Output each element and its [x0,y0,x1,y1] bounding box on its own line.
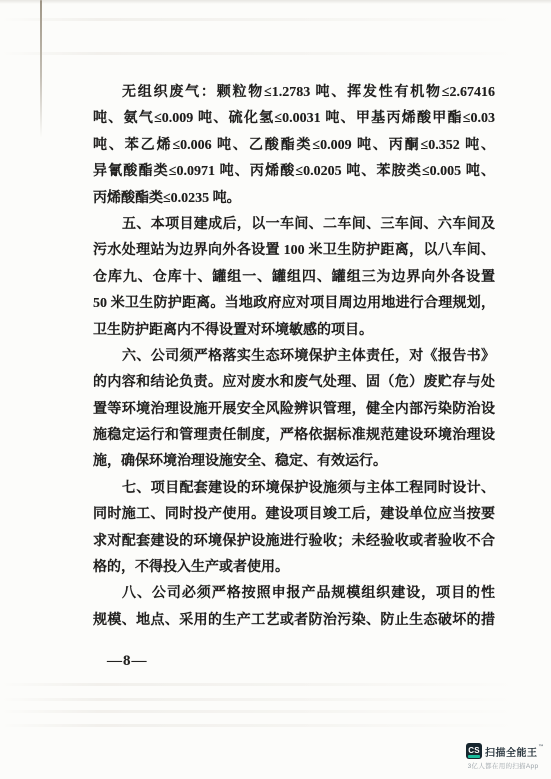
scan-streak [0,683,551,686]
text-line: 的内容和结论负责。应对废水和废气处理、固（危）废贮存与处 [93,370,495,396]
page-number: —8— [107,648,148,674]
document-body-text: 无组织废气：颗粒物≤1.2783 吨、挥发性有机物≤2.67416 吨、氨气≤0… [93,80,495,634]
scan-streak [0,698,551,701]
text-line: 规模、地点、采用的生产工艺或者防治污染、防止生态破坏的措 [93,608,495,634]
text-line: 吨、苯乙烯≤0.006 吨、乙酸酯类≤0.009 吨、丙酮≤0.352 吨、 [93,133,495,159]
text-line: 同时施工、同时投产使用。建设项目竣工后，建设单位应当按要 [93,502,495,528]
text-line: 50 米卫生防护距离。当地政府应对项目周边用地进行合理规划， [93,291,495,317]
text-line: 七、项目配套建设的环境保护设施须与主体工程同时设计、 [93,476,495,502]
camscanner-watermark: CS 扫描全能王™ 3亿人都在用的扫描App [466,743,540,770]
text-line: 求对配套建设的环境保护设施进行验收；未经验收或者验收不合 [93,529,495,555]
text-line: 六、公司须严格落实生态环境保护主体责任，对《报告书》 [93,344,495,370]
scanned-document-page: 无组织废气：颗粒物≤1.2783 吨、挥发性有机物≤2.67416 吨、氨气≤0… [0,0,551,779]
text-line: 丙烯酸酯类≤0.0235 吨。 [93,186,495,212]
text-line: 五、本项目建成后，以一车间、二车间、三车间、六车间及 [93,212,495,238]
scan-streak [0,18,551,21]
text-line: 吨、氨气≤0.009 吨、硫化氢≤0.0031 吨、甲基丙烯酸甲酯≤0.03 [93,106,495,132]
text-line: 置等环境治理设施开展安全风险辨识管理，健全内部污染防治设 [93,397,495,423]
scan-streak [0,52,551,55]
scan-streak [0,710,551,713]
camscanner-app-name: 扫描全能王™ [485,744,544,759]
text-line: 施，确保环境治理设施安全、稳定、有效运行。 [93,449,495,475]
text-line: 施稳定运行和管理责任制度，严格依据标准规范建设环境治理设 [93,423,495,449]
scan-top-edge-shadow [0,0,551,4]
camscanner-tagline: 3亿人都在用的扫描App [466,761,540,770]
text-line: 异氰酸酯类≤0.0971 吨、丙烯酸≤0.0205 吨、苯胺类≤0.005 吨、 [93,159,495,185]
cs-badge-label: CS [468,746,480,755]
text-line: 八、公司必须严格按照申报产品规模组织建设，项目的性质、 [93,581,495,607]
text-line: 卫生防护距离内不得设置对环境敏感的项目。 [93,318,495,344]
text-line: 无组织废气：颗粒物≤1.2783 吨、挥发性有机物≤2.67416 [93,80,495,106]
text-line: 污水处理站为边界向外各设置 100 米卫生防护距离，以八车间、 [93,238,495,264]
text-line: 仓库九、仓库十、罐组一、罐组四、罐组三为边界向外各设置 [93,265,495,291]
scan-streak [0,724,551,727]
trademark-mark: ™ [539,744,545,750]
camscanner-logo-row: CS 扫描全能王™ [466,743,540,759]
scan-artifact-line [40,0,42,138]
text-line: 格的，不得投入生产或者使用。 [93,555,495,581]
camscanner-cs-badge-icon: CS [466,743,482,759]
